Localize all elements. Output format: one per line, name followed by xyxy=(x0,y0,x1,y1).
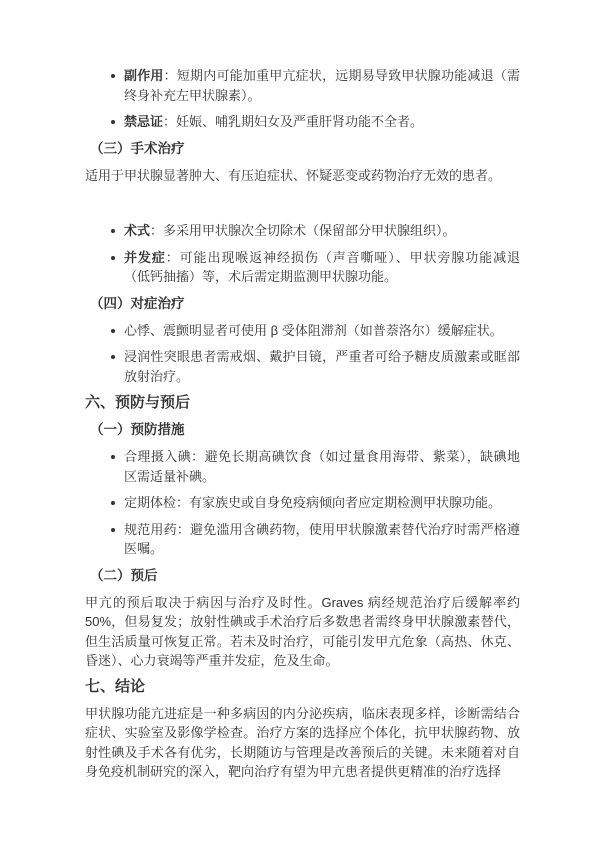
bullet-text: ：妊娠、哺乳期妇女及严重肝肾功能不全者。 xyxy=(163,114,423,129)
bullet-icon xyxy=(111,528,115,532)
bullet-item-palpitation: 心悸、震颤明显者可使用 β 受体阻滞剂（如普萘洛尔）缓解症状。 xyxy=(85,321,520,341)
bullet-icon xyxy=(111,120,115,124)
paragraph-prognosis: 甲亢的预后取决于病因与治疗及时性。Graves 病经规范治疗后缓解率约 50%，… xyxy=(85,593,520,671)
heading-symptomatic-treatment: （四）对症治疗 xyxy=(90,294,520,314)
bullet-icon xyxy=(111,229,115,233)
bullet-item-regular-checkup: 定期体检：有家族史或自身免疫病倾向者应定期检测甲状腺功能。 xyxy=(85,493,520,513)
bullet-icon xyxy=(111,455,115,459)
blank-space xyxy=(85,191,520,221)
bullet-text: ：多采用甲状腺次全切除术（保留部分甲状腺组织）。 xyxy=(150,223,456,238)
bullet-icon xyxy=(111,355,115,359)
bullet-item-complication: 并发症：可能出现喉返神经损伤（声音嘶哑）、甲状旁腺功能减退（低钙抽搐）等，术后需… xyxy=(85,248,520,287)
heading-prognosis: （二）预后 xyxy=(90,566,520,586)
paragraph-surgery-indication: 适用于甲状腺显著肿大、有压迫症状、怀疑恶变或药物治疗无效的患者。 xyxy=(85,166,520,186)
bullet-item-side-effect: 副作用：短期内可能加重甲亢症状，远期易导致甲状腺功能减退（需终身补充左甲状腺素）… xyxy=(85,66,520,105)
bullet-term: 并发症 xyxy=(124,250,166,265)
bullet-text: 心悸、震颤明显者可使用 β 受体阻滞剂（如普萘洛尔）缓解症状。 xyxy=(124,323,503,338)
heading-prevention-measures: （一）预防措施 xyxy=(90,420,520,440)
bullet-icon xyxy=(111,256,115,260)
bullet-term: 禁忌证 xyxy=(124,114,163,129)
bullet-text: 定期体检：有家族史或自身免疫病倾向者应定期检测甲状腺功能。 xyxy=(124,495,501,510)
bullet-text: ：短期内可能加重甲亢症状，远期易导致甲状腺功能减退（需终身补充左甲状腺素）。 xyxy=(124,68,520,103)
bullet-text: 浸润性突眼患者需戒烟、戴护目镜，严重者可给予糖皮质激素或眶部放射治疗。 xyxy=(124,349,520,384)
bullet-item-contraindication: 禁忌证：妊娠、哺乳期妇女及严重肝肾功能不全者。 xyxy=(85,112,520,132)
bullet-icon xyxy=(111,329,115,333)
bullet-term: 副作用 xyxy=(124,68,164,83)
bullet-text: 规范用药：避免滥用含碘药物，使用甲状腺激素替代治疗时需严格遵医嘱。 xyxy=(124,522,520,557)
heading-conclusion: 七、结论 xyxy=(85,677,520,697)
bullet-icon xyxy=(111,74,115,78)
bullet-item-procedure: 术式：多采用甲状腺次全切除术（保留部分甲状腺组织）。 xyxy=(85,221,520,241)
bullet-item-standard-medication: 规范用药：避免滥用含碘药物，使用甲状腺激素替代治疗时需严格遵医嘱。 xyxy=(85,520,520,559)
bullet-item-exophthalmos: 浸润性突眼患者需戒烟、戴护目镜，严重者可给予糖皮质激素或眶部放射治疗。 xyxy=(85,347,520,386)
document-content: 副作用：短期内可能加重甲亢症状，远期易导致甲状腺功能减退（需终身补充左甲状腺素）… xyxy=(85,66,520,788)
bullet-icon xyxy=(111,501,115,505)
heading-surgery-treatment: （三）手术治疗 xyxy=(90,139,520,159)
bullet-text: ：可能出现喉返神经损伤（声音嘶哑）、甲状旁腺功能减退（低钙抽搐）等，术后需定期监… xyxy=(124,250,520,285)
document-page: 副作用：短期内可能加重甲亢症状，远期易导致甲状腺功能减退（需终身补充左甲状腺素）… xyxy=(0,0,595,842)
bullet-text: 合理摄入碘：避免长期高碘饮食（如过量食用海带、紫菜），缺碘地区需适量补碘。 xyxy=(124,449,520,484)
bullet-item-iodine-intake: 合理摄入碘：避免长期高碘饮食（如过量食用海带、紫菜），缺碘地区需适量补碘。 xyxy=(85,447,520,486)
bullet-term: 术式 xyxy=(124,223,150,238)
heading-prevention-prognosis: 六、预防与预后 xyxy=(85,393,520,413)
paragraph-conclusion: 甲状腺功能亢进症是一种多病因的内分泌疾病，临床表现多样，诊断需结合症状、实验室及… xyxy=(85,704,520,782)
